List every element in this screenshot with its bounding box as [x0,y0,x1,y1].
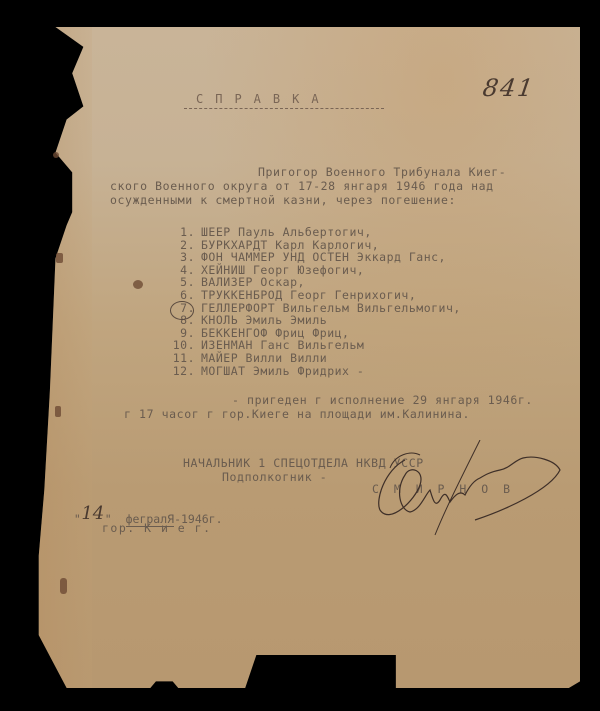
condemned-list: 1.ШЕЕР Пауль Альбертогич, 2.БУРКХАРДТ Ка… [165,226,461,377]
stain-mark [60,578,67,594]
archive-number: 841 [481,74,537,102]
stain-mark [53,152,59,158]
execution-line-2: г 17 часог г гор.Киеге на площади им.Кал… [124,408,470,421]
item-number: 3. [165,251,195,264]
intro-line-3: осужденными к смертной казни, через поге… [110,194,456,207]
item-number: 12. [165,365,195,378]
intro-line-2: ского Военного округа от 17-28 янгаря 19… [110,180,494,193]
item-number: 1. [165,226,195,239]
handwritten-signature [375,440,565,550]
item-number: 6. [165,289,195,302]
execution-line-1: - пригеден г исполнение 29 янгаря 1946г. [232,394,533,407]
item-name: МОГШАТ Эмиль Фридрих - [201,364,364,378]
date-open-quote: " [74,512,81,526]
signatory-rank: Подполкогник - [222,471,327,484]
document-place: гор. К и е г. [102,522,212,535]
document-title: СПРАВКА [184,92,384,109]
intro-line-1: Пригогор Военного Трибунала Киег- [258,166,506,179]
left-edge-stain [22,27,92,688]
item-number: 11. [165,352,195,365]
stain-mark [55,406,61,417]
list-item: 12.МОГШАТ Эмиль Фридрих - [165,365,461,378]
handwritten-circle-mark [170,301,194,320]
stain-mark [56,253,63,263]
stain-mark [133,280,143,289]
